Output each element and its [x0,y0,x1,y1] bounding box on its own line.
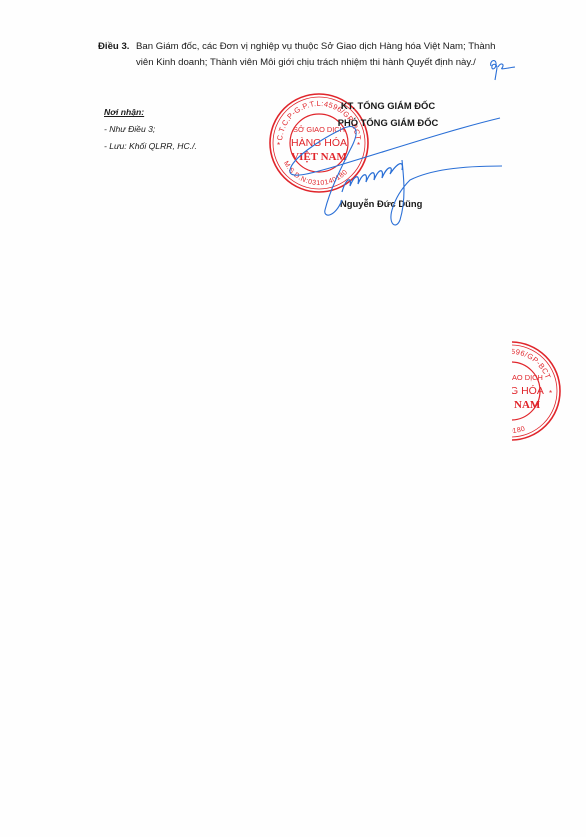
partial-stamp-icon: L:4596/GP-BCT 310140180 * AO DỊCH G HÓA … [512,334,586,448]
signature-title-2: PHÓ TỔNG GIÁM ĐỐC [318,114,458,131]
initial-mark-icon [485,56,525,82]
recipients: Nơi nhận: - Như Điều 3; - Lưu: Khối QLRR… [104,104,197,155]
svg-text:310140180: 310140180 [512,421,526,435]
article-3: Điều 3.Ban Giám đốc, các Đơn vị nghiệp v… [98,39,528,71]
svg-text:*: * [277,141,280,150]
document-page: Điều 3.Ban Giám đốc, các Đơn vị nghiệp v… [0,0,586,837]
recipients-title: Nơi nhận: [104,104,197,121]
recipient-item: - Như Điều 3; [104,121,197,138]
svg-text:G HÓA: G HÓA [512,384,544,397]
article-label: Điều 3. [98,39,136,55]
recipient-item: - Lưu: Khối QLRR, HC./. [104,138,197,155]
article-text-line-2: viên Kinh doanh; Thành viên Môi giới chị… [98,55,528,71]
svg-text:*: * [549,389,552,398]
svg-text:NAM: NAM [514,399,541,411]
svg-text:AO DỊCH: AO DỊCH [512,373,543,382]
signer-name: Nguyễn Đức Dũng [340,198,422,209]
article-text-line-1: Ban Giám đốc, các Đơn vị nghiệp vụ thuộc… [136,41,495,52]
signature-block: KT. TỔNG GIÁM ĐỐC PHÓ TỔNG GIÁM ĐỐC [318,97,458,131]
svg-text:HÀNG HÓA: HÀNG HÓA [291,136,347,149]
svg-text:VIỆT NAM: VIỆT NAM [291,150,347,163]
signature-title-1: KT. TỔNG GIÁM ĐỐC [318,97,458,114]
edge-stamp: L:4596/GP-BCT 310140180 * AO DỊCH G HÓA … [512,334,586,448]
svg-text:*: * [357,141,360,150]
